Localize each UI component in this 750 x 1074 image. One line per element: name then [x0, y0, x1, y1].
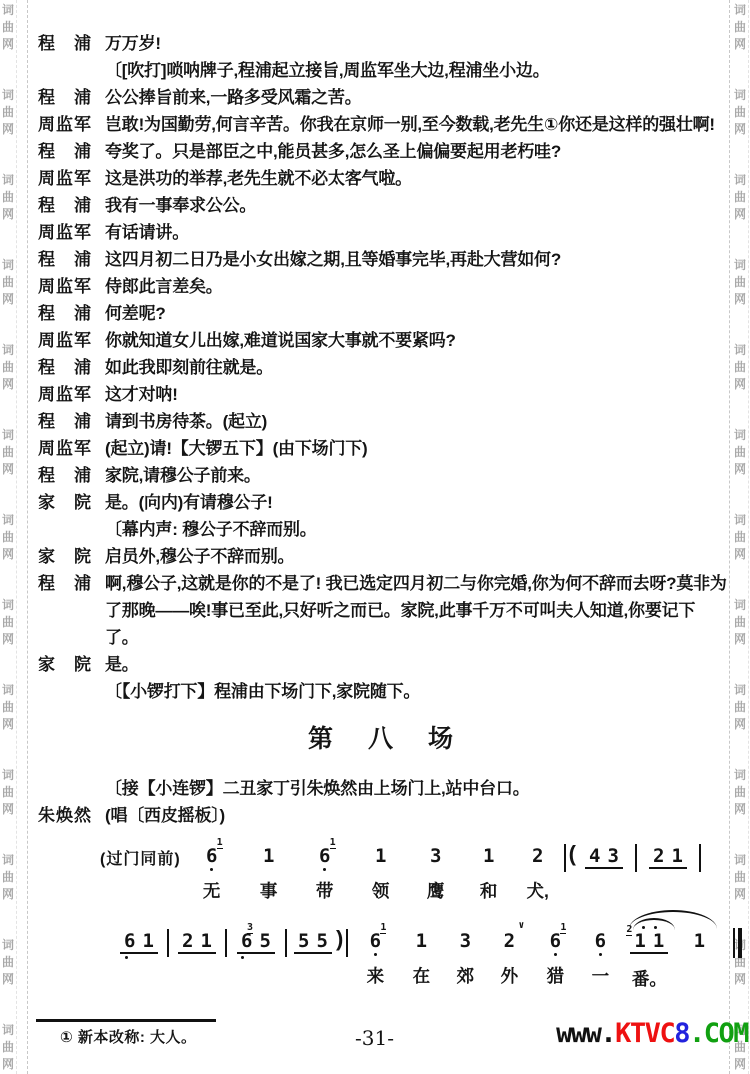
margin-watermark-char: 网: [2, 36, 14, 53]
music-note: 112番。: [621, 918, 677, 990]
music-note: 61带: [297, 833, 353, 902]
lyric-char: 事: [260, 878, 278, 902]
dialogue-row: 程 浦何差呢?: [38, 300, 728, 327]
line-text: 〔接【小连锣】二丑家丁引朱焕然由上场门上,站中台口。: [105, 775, 728, 802]
left-outer-dashed-rule: [16, 0, 17, 1074]
line-text: 启员外,穆公子不辞而别。: [105, 543, 728, 570]
speaker-label: 程 浦: [38, 462, 100, 489]
margin-watermark-char: 曲: [734, 444, 746, 461]
lyric-char: 来: [367, 963, 385, 987]
speaker-label: 朱焕然: [38, 802, 100, 829]
speaker-label: 周监军: [38, 435, 100, 462]
line-text: 侍郎此言差矣。: [105, 273, 728, 300]
music-line: 612165355)61来1在3郊2∨外61猎6一112番。1: [38, 918, 728, 990]
margin-watermark-char: 网: [2, 291, 14, 308]
margin-watermark-char: 曲: [2, 19, 14, 36]
margin-watermark-char: 词: [2, 937, 14, 954]
margin-watermark-char: 曲: [734, 189, 746, 206]
scene-seven-dialogue: 程 浦万万岁!〔[吹打]唢呐牌子,程浦起立接旨,周监军坐大边,程浦坐小边。程 浦…: [38, 30, 728, 705]
music-note: 21: [172, 918, 222, 990]
margin-watermark-char: 曲: [734, 614, 746, 631]
music-note: 1和: [463, 833, 515, 902]
speaker-label: 程 浦: [38, 300, 100, 327]
speaker-label: 程 浦: [38, 30, 100, 57]
margin-watermark-char: 网: [734, 801, 746, 818]
margin-watermark-char: 词: [734, 427, 746, 444]
margin-watermark-char: 曲: [734, 699, 746, 716]
margin-watermark-char: 曲: [734, 104, 746, 121]
margin-watermark-char: 网: [2, 801, 14, 818]
left-dashed-rule: [27, 0, 28, 1074]
lyric-char: 在: [413, 963, 431, 987]
margin-watermark-char: 词: [2, 682, 14, 699]
line-text: 这四月初二日乃是小女出嫁之期,且等婚事完毕,再赴大营如何?: [105, 246, 728, 273]
dialogue-row: 程 浦夸奖了。只是部臣之中,能员甚多,怎么圣上偏偏要起用老朽哇?: [38, 138, 728, 165]
dialogue-row: 程 浦万万岁!: [38, 30, 728, 57]
line-text: 夸奖了。只是部臣之中,能员甚多,怎么圣上偏偏要起用老朽哇?: [105, 138, 728, 165]
line-text: 你就知道女儿出嫁,难道说国家大事就不要紧吗?: [105, 327, 728, 354]
lyric-char: 领: [372, 878, 390, 902]
line-text: 公公捧旨前来,一路多受风霜之苦。: [105, 84, 728, 111]
music-note: 1在: [399, 918, 443, 987]
barline: [346, 929, 348, 957]
stage-direction-row: 〔幕内声: 穆公子不辞而别。: [38, 516, 728, 543]
margin-watermark-char: 曲: [2, 274, 14, 291]
margin-watermark-char: 曲: [2, 614, 14, 631]
music-note: 2∨外: [487, 918, 531, 987]
margin-watermark-char: 词: [734, 852, 746, 869]
watermark-www: www.: [556, 1018, 615, 1049]
stage-direction-row: 〔[吹打]唢呐牌子,程浦起立接旨,周监军坐大边,程浦坐小边。: [38, 57, 728, 84]
line-text: (起立)请!【大锣五下】(由下场门下): [105, 435, 728, 462]
line-text: 这是洪功的举荐,老先生就不必太客气啦。: [105, 165, 728, 192]
speaker-label: [38, 775, 100, 802]
margin-watermark-char: 词: [734, 767, 746, 784]
margin-watermark-char: 词: [734, 682, 746, 699]
line-text: 这才对呐!: [105, 381, 728, 408]
speaker-label: 家 院: [38, 651, 100, 678]
grace-note: 1: [217, 838, 223, 849]
music-note: 1: [677, 918, 721, 987]
footnote-divider: [36, 1019, 216, 1022]
stage-direction-row: 〔【小锣打下】程浦由下场门下,家院随下。: [38, 678, 728, 705]
speaker-label: [38, 57, 100, 84]
speaker-label: 程 浦: [38, 408, 100, 435]
line-text: 我有一事奉求公公。: [105, 192, 728, 219]
speaker-label: 周监军: [38, 273, 100, 300]
grace-note: 3: [247, 923, 253, 934]
music-note: 3鹰: [409, 833, 463, 902]
octave-dot-low: [125, 956, 128, 959]
margin-watermark-char: 曲: [734, 359, 746, 376]
breath-mark: ∨: [518, 921, 524, 931]
music-note: 61猎: [531, 918, 579, 987]
speaker-label: 家 院: [38, 543, 100, 570]
dialogue-row: 程 浦这四月初二日乃是小女出嫁之期,且等婚事完毕,再赴大营如何?: [38, 246, 728, 273]
margin-watermark-char: 词: [2, 87, 14, 104]
speaker-label: 家 院: [38, 489, 100, 516]
speaker-label: 周监军: [38, 111, 100, 138]
dialogue-row: 程 浦请到书房待茶。(起立): [38, 408, 728, 435]
barline: [225, 929, 227, 957]
site-watermark: www.KTVC8.COM: [556, 1018, 748, 1049]
speaker-label: 程 浦: [38, 84, 100, 111]
barline: [564, 844, 566, 872]
dialogue-row: 周监军这是洪功的举荐,老先生就不必太客气啦。: [38, 165, 728, 192]
speaker-label: 周监军: [38, 381, 100, 408]
margin-watermark-char: 词: [2, 512, 14, 529]
dialogue-row: 程 浦公公捧旨前来,一路多受风霜之苦。: [38, 84, 728, 111]
line-text: 是。(向内)有请穆公子!: [105, 489, 728, 516]
margin-watermark-char: 网: [734, 971, 746, 988]
music-note: 43: [576, 833, 632, 905]
margin-watermark-char: 词: [734, 2, 746, 19]
margin-watermark-char: 网: [2, 376, 14, 393]
lyric-char: 和: [480, 878, 498, 902]
margin-watermark-char: 网: [2, 546, 14, 563]
margin-watermark-char: 曲: [2, 784, 14, 801]
jianpu-notation: (过门同前)61无1事61带1领3鹰1和2犬,(4321612165355)61…: [38, 833, 728, 990]
speaker-label: 程 浦: [38, 354, 100, 381]
music-note: 2犬,: [515, 833, 561, 902]
margin-watermark-char: 词: [2, 852, 14, 869]
line-text: 有话请讲。: [105, 219, 728, 246]
margin-watermark-char: 词: [2, 427, 14, 444]
dialogue-row: 程 浦如此我即刻前往就是。: [38, 354, 728, 381]
music-line: (过门同前)61无1事61带1领3鹰1和2犬,(4321: [38, 833, 728, 905]
margin-watermark-char: 网: [734, 1056, 746, 1073]
margin-watermark-char: 词: [734, 342, 746, 359]
speaker-label: 周监军: [38, 219, 100, 246]
speaker-label: 周监军: [38, 165, 100, 192]
line-text: 家院,请穆公子前来。: [105, 462, 728, 489]
octave-dot-low: [323, 868, 326, 871]
page-number: -31-: [355, 1026, 394, 1050]
line-text: 〔幕内声: 穆公子不辞而别。: [105, 516, 728, 543]
margin-watermark-char: 曲: [734, 784, 746, 801]
margin-watermark-char: 网: [2, 206, 14, 223]
watermark-ktvc: KTVC: [615, 1018, 674, 1049]
margin-watermark-char: 曲: [2, 869, 14, 886]
margin-watermark-char: 网: [734, 291, 746, 308]
dialogue-row: 周监军你就知道女儿出嫁,难道说国家大事就不要紧吗?: [38, 327, 728, 354]
margin-watermark-char: 曲: [734, 529, 746, 546]
final-barline: [733, 928, 742, 958]
margin-watermark-char: 词: [734, 597, 746, 614]
line-text: 〔[吹打]唢呐牌子,程浦起立接旨,周监军坐大边,程浦坐小边。: [105, 57, 728, 84]
lyric-char: 猎: [547, 963, 565, 987]
watermark-com: .COM: [689, 1018, 748, 1049]
margin-watermark-char: 曲: [2, 104, 14, 121]
margin-watermark-char: 网: [2, 886, 14, 903]
grace-note: 1: [330, 838, 336, 849]
dialogue-row: 家 院是。(向内)有请穆公子!: [38, 489, 728, 516]
grace-note: 1: [560, 923, 566, 934]
margin-watermark-char: 词: [734, 87, 746, 104]
dialogue-row: 程 浦我有一事奉求公公。: [38, 192, 728, 219]
dialogue-row: 家 院启员外,穆公子不辞而别。: [38, 543, 728, 570]
speaker-label: 周监军: [38, 327, 100, 354]
music-note: 1事: [241, 833, 297, 902]
octave-dot-low: [554, 953, 557, 956]
margin-watermark-char: 曲: [2, 359, 14, 376]
line-text: 请到书房待茶。(起立): [105, 408, 728, 435]
dialogue-row: 周监军这才对呐!: [38, 381, 728, 408]
margin-watermark-char: 网: [734, 121, 746, 138]
margin-watermark-char: 词: [734, 512, 746, 529]
tune-note-label: (过门同前): [100, 846, 181, 869]
margin-watermark-char: 曲: [734, 869, 746, 886]
dialogue-row: 家 院是。: [38, 651, 728, 678]
right-outer-dashed-rule: [748, 0, 749, 1074]
line-text: 如此我即刻前往就是。: [105, 354, 728, 381]
lyric-char: 犬,: [526, 878, 548, 902]
barline: [635, 844, 637, 872]
margin-watermark-char: 网: [2, 631, 14, 648]
line-text: 岂敢!为国勤劳,何言辛苦。你我在京师一别,至今数载,老先生①你还是这样的强壮啊!: [105, 111, 728, 138]
margin-watermark-char: 词: [2, 342, 14, 359]
music-note: 61来: [351, 918, 399, 987]
dialogue-row: 周监军侍郎此言差矣。: [38, 273, 728, 300]
watermark-8: 8: [674, 1018, 689, 1049]
margin-watermark-char: 网: [734, 546, 746, 563]
speaker-label: [38, 678, 100, 705]
margin-watermark-char: 网: [734, 376, 746, 393]
margin-watermark-char: 网: [2, 121, 14, 138]
lyric-char: 外: [501, 963, 519, 987]
speaker-label: 程 浦: [38, 138, 100, 165]
music-note: 21: [640, 833, 696, 905]
margin-watermark-char: 词: [2, 1022, 14, 1039]
margin-watermark-char: 网: [734, 631, 746, 648]
lyric-char: 番。: [632, 966, 667, 990]
script-page: 程 浦万万岁!〔[吹打]唢呐牌子,程浦起立接旨,周监军坐大边,程浦坐小边。程 浦…: [38, 30, 728, 1003]
dialogue-row: 程 浦家院,请穆公子前来。: [38, 462, 728, 489]
margin-watermark-char: 网: [2, 461, 14, 478]
margin-watermark-char: 网: [734, 206, 746, 223]
scene-heading: 第 八 场: [38, 719, 728, 755]
dialogue-row: 朱焕然(唱〔西皮摇板〕): [38, 802, 728, 829]
phrase-paren: (: [569, 842, 576, 866]
lyric-char: 鹰: [427, 878, 445, 902]
right-margin-watermark: 词曲网词曲网词曲网词曲网词曲网词曲网词曲网词曲网词曲网词曲网词曲网词曲网词曲网: [732, 2, 748, 1074]
music-note: 3郊: [443, 918, 487, 987]
barline: [285, 929, 287, 957]
margin-watermark-char: 词: [2, 767, 14, 784]
dialogue-row: 周监军(起立)请!【大锣五下】(由下场门下): [38, 435, 728, 462]
music-note: 6一: [579, 918, 621, 987]
octave-dot-low: [599, 953, 602, 956]
margin-watermark-char: 网: [734, 36, 746, 53]
footnote-text: ① 新本改称: 大人。: [60, 1026, 197, 1047]
speaker-label: 程 浦: [38, 192, 100, 219]
margin-watermark-char: 曲: [2, 189, 14, 206]
stage-direction-row: 〔接【小连锣】二丑家丁引朱焕然由上场门上,站中台口。: [38, 775, 728, 802]
margin-watermark-char: 网: [734, 461, 746, 478]
margin-watermark-char: 曲: [2, 699, 14, 716]
margin-watermark-char: 词: [2, 172, 14, 189]
margin-watermark-char: 网: [2, 971, 14, 988]
right-dashed-rule: [729, 0, 730, 1074]
music-note: 653: [230, 918, 282, 990]
margin-watermark-char: 网: [2, 1056, 14, 1073]
margin-watermark-char: 网: [2, 716, 14, 733]
margin-watermark-char: 曲: [734, 19, 746, 36]
line-text: (唱〔西皮摇板〕): [105, 802, 728, 829]
dialogue-row: 周监军岂敢!为国勤劳,何言辛苦。你我在京师一别,至今数载,老先生①你还是这样的强…: [38, 111, 728, 138]
octave-dot-low: [210, 868, 213, 871]
margin-watermark-char: 词: [734, 257, 746, 274]
margin-watermark-char: 词: [734, 172, 746, 189]
dialogue-row: 周监军有话请讲。: [38, 219, 728, 246]
speaker-label: 程 浦: [38, 246, 100, 273]
barline: [699, 844, 701, 872]
margin-watermark-char: 网: [734, 716, 746, 733]
phrase-paren: ): [336, 927, 343, 951]
left-margin-watermark: 词曲网词曲网词曲网词曲网词曲网词曲网词曲网词曲网词曲网词曲网词曲网词曲网词曲网: [0, 2, 16, 1074]
margin-watermark-char: 网: [734, 886, 746, 903]
margin-watermark-char: 曲: [2, 444, 14, 461]
line-text: 是。: [105, 651, 728, 678]
margin-watermark-char: 词: [2, 2, 14, 19]
speaker-label: [38, 516, 100, 543]
lyric-char: 带: [316, 878, 334, 902]
music-note: 61: [114, 918, 164, 990]
margin-watermark-char: 曲: [2, 529, 14, 546]
music-note: 1领: [353, 833, 409, 902]
margin-watermark-char: 词: [2, 257, 14, 274]
lyric-char: 无: [203, 878, 221, 902]
barline: [167, 929, 169, 957]
line-text: 万万岁!: [105, 30, 728, 57]
music-note: 55: [290, 918, 336, 990]
music-note: 61无: [183, 833, 241, 902]
octave-dot-low: [374, 953, 377, 956]
line-text: 〔【小锣打下】程浦由下场门下,家院随下。: [105, 678, 728, 705]
grace-note: 1: [380, 923, 386, 934]
octave-dot-low: [241, 956, 244, 959]
lyric-char: 一: [592, 963, 610, 987]
speaker-label: 程 浦: [38, 570, 100, 651]
scene-eight-opening: 〔接【小连锣】二丑家丁引朱焕然由上场门上,站中台口。朱焕然(唱〔西皮摇板〕): [38, 775, 728, 829]
dialogue-row: 程 浦啊,穆公子,这就是你的不是了! 我已选定四月初二与你完婚,你为何不辞而去呀…: [38, 570, 728, 651]
margin-watermark-char: 词: [2, 597, 14, 614]
margin-watermark-char: 曲: [2, 1039, 14, 1056]
margin-watermark-char: 曲: [2, 954, 14, 971]
line-text: 啊,穆公子,这就是你的不是了! 我已选定四月初二与你完婚,你为何不辞而去呀?莫非…: [105, 570, 728, 651]
line-text: 何差呢?: [105, 300, 728, 327]
lyric-char: 郊: [457, 963, 475, 987]
margin-watermark-char: 曲: [734, 274, 746, 291]
